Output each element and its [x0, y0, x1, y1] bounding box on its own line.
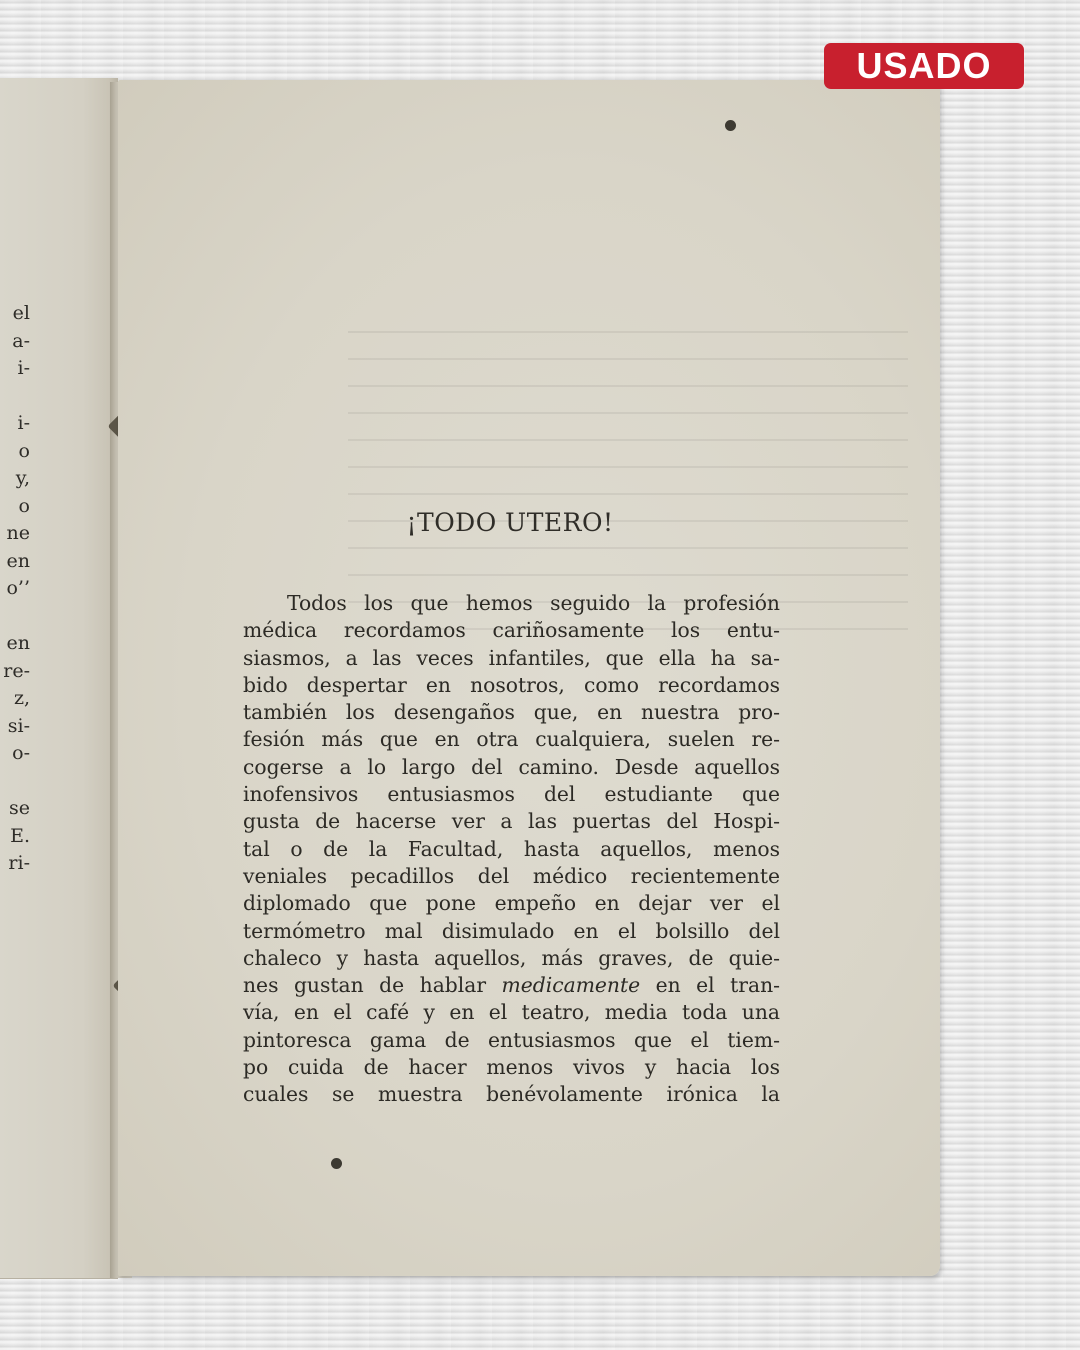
text-line: gusta de hacerse ver a las puertas del H…	[243, 808, 780, 835]
text-line: chaleco y hasta aquellos, más graves, de…	[243, 945, 780, 972]
fragment: ri-	[0, 850, 30, 878]
text-line: inofensivos entusiasmos del estudiante q…	[243, 781, 780, 808]
text-line: veniales pecadillos del médico recientem…	[243, 863, 780, 890]
fragment: o’’	[0, 575, 30, 603]
fragment: re-	[0, 658, 30, 686]
used-condition-badge: USADO	[824, 43, 1024, 89]
text-line-with-italic: nes gustan de hablar medicamente en el t…	[243, 972, 780, 999]
text-line: siasmos, a las veces infantiles, que ell…	[243, 645, 780, 672]
text-line: cogerse a lo largo del camino. Desde aqu…	[243, 754, 780, 781]
text-segment: nes gustan de hablar	[243, 973, 486, 997]
fragment-gap	[0, 383, 30, 411]
left-page-text-fragments: el a- i- i- o y, o ne en o’’ en re- z, s…	[0, 300, 30, 878]
fragment: o	[0, 438, 30, 466]
fragment: y,	[0, 465, 30, 493]
text-line: fesión más que en otra cualquiera, suele…	[243, 726, 780, 753]
text-line: médica recordamos cariñosamente los entu…	[243, 617, 780, 644]
text-line: tal o de la Facultad, hasta aquellos, me…	[243, 836, 780, 863]
text-line: diplomado que pone empeño en dejar ver e…	[243, 890, 780, 917]
fragment: E.	[0, 823, 30, 851]
show-through-text	[348, 310, 908, 630]
body-paragraph: Todos los que hemos seguido la profesión…	[243, 590, 780, 1109]
text-line: también los desengaños que, en nuestra p…	[243, 699, 780, 726]
text-line: po cuida de hacer menos vivos y hacia lo…	[243, 1054, 780, 1081]
fragment: z,	[0, 685, 30, 713]
text-line: pintoresca gama de entusiasmos que el ti…	[243, 1027, 780, 1054]
punch-hole	[331, 1158, 342, 1169]
fragment: si-	[0, 713, 30, 741]
text-line: bido despertar en nosotros, como recorda…	[243, 672, 780, 699]
fragment: o-	[0, 740, 30, 768]
fragment: se	[0, 795, 30, 823]
fragment: a-	[0, 328, 30, 356]
fragment: en	[0, 548, 30, 576]
fragment-gap	[0, 768, 30, 796]
punch-hole	[725, 120, 736, 131]
fragment: en	[0, 630, 30, 658]
text-segment: en el tran-	[656, 973, 780, 997]
fragment-gap	[0, 603, 30, 631]
left-page: el a- i- i- o y, o ne en o’’ en re- z, s…	[0, 78, 118, 1279]
italic-word: medicamente	[502, 973, 641, 997]
fragment: i-	[0, 355, 30, 383]
text-line: Todos los que hemos seguido la profesión	[243, 590, 780, 617]
chapter-title: ¡TODO UTERO!	[0, 508, 1020, 537]
fragment: i-	[0, 410, 30, 438]
text-line: cuales se muestra benévolamente irónica …	[243, 1081, 780, 1108]
fragment: el	[0, 300, 30, 328]
text-line: vía, en el café y en el teatro, media to…	[243, 999, 780, 1026]
text-line: termómetro mal disimulado en el bolsillo…	[243, 918, 780, 945]
